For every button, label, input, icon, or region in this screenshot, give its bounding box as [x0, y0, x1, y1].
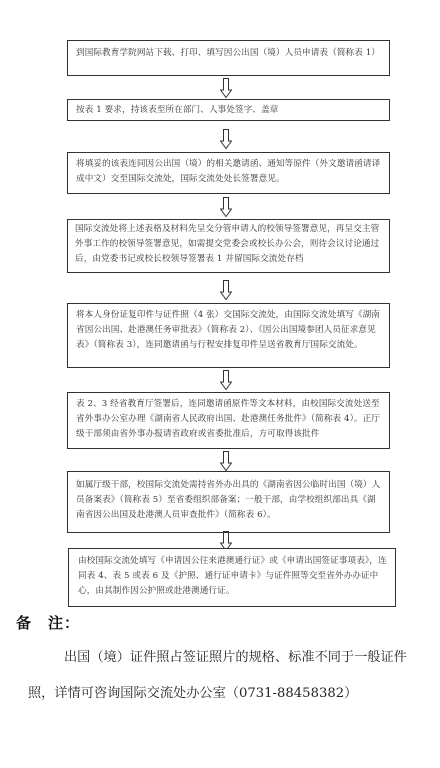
- down-arrow-icon: [220, 451, 232, 471]
- down-arrow-icon: [220, 78, 232, 98]
- down-arrow-icon: [220, 197, 232, 217]
- notes-text: 出国（境）证件照占签证照片的规格、标准不同于一般证件照，详情可咨询国际交流处办公…: [28, 650, 407, 701]
- notes-body: 出国（境）证件照占签证照片的规格、标准不同于一般证件照，详情可咨询国际交流处办公…: [28, 640, 428, 712]
- flow-step-3: 将填妥的该表连同因公出国（境）的相关邀请函、通知等原件（外文邀请函请译成中文）交…: [67, 152, 390, 194]
- down-arrow-icon: [220, 280, 232, 300]
- flow-step-5: 将本人身份证复印件与证件照（4 张）交国际交流处，由国际交流处填写《湖南省因公出…: [67, 303, 390, 368]
- flow-step-7: 如属厅级干部，校国际交流处需持省外办出具的《湖南省因公临时出国（境）人员备案表》…: [67, 471, 390, 533]
- flow-step-8: 由校国际交流处填写《申请因公往来港澳通行证》或《申请出国签证事项表》，连同表 4…: [68, 548, 396, 607]
- down-arrow-icon: [220, 129, 232, 149]
- flow-step-1: 到国际教育学院网站下载、打印、填写因公出国（境）人员申请表（简称表 1）: [67, 40, 390, 76]
- flow-step-4: 国际交流处将上述表格及材料先呈交分管申请人的校领导签署意见，再呈交主管外事工作的…: [67, 219, 390, 273]
- notes-title: 备 注：: [16, 612, 80, 633]
- flow-step-2: 按表 1 要求，持该表至所在部门、人事处签字、盖章: [67, 99, 390, 121]
- flow-step-6: 表 2、3 经省教育厅签署后，连同邀请函原件等文本材料，由校国际交流处送至省外事…: [67, 392, 390, 449]
- down-arrow-icon: [220, 370, 232, 390]
